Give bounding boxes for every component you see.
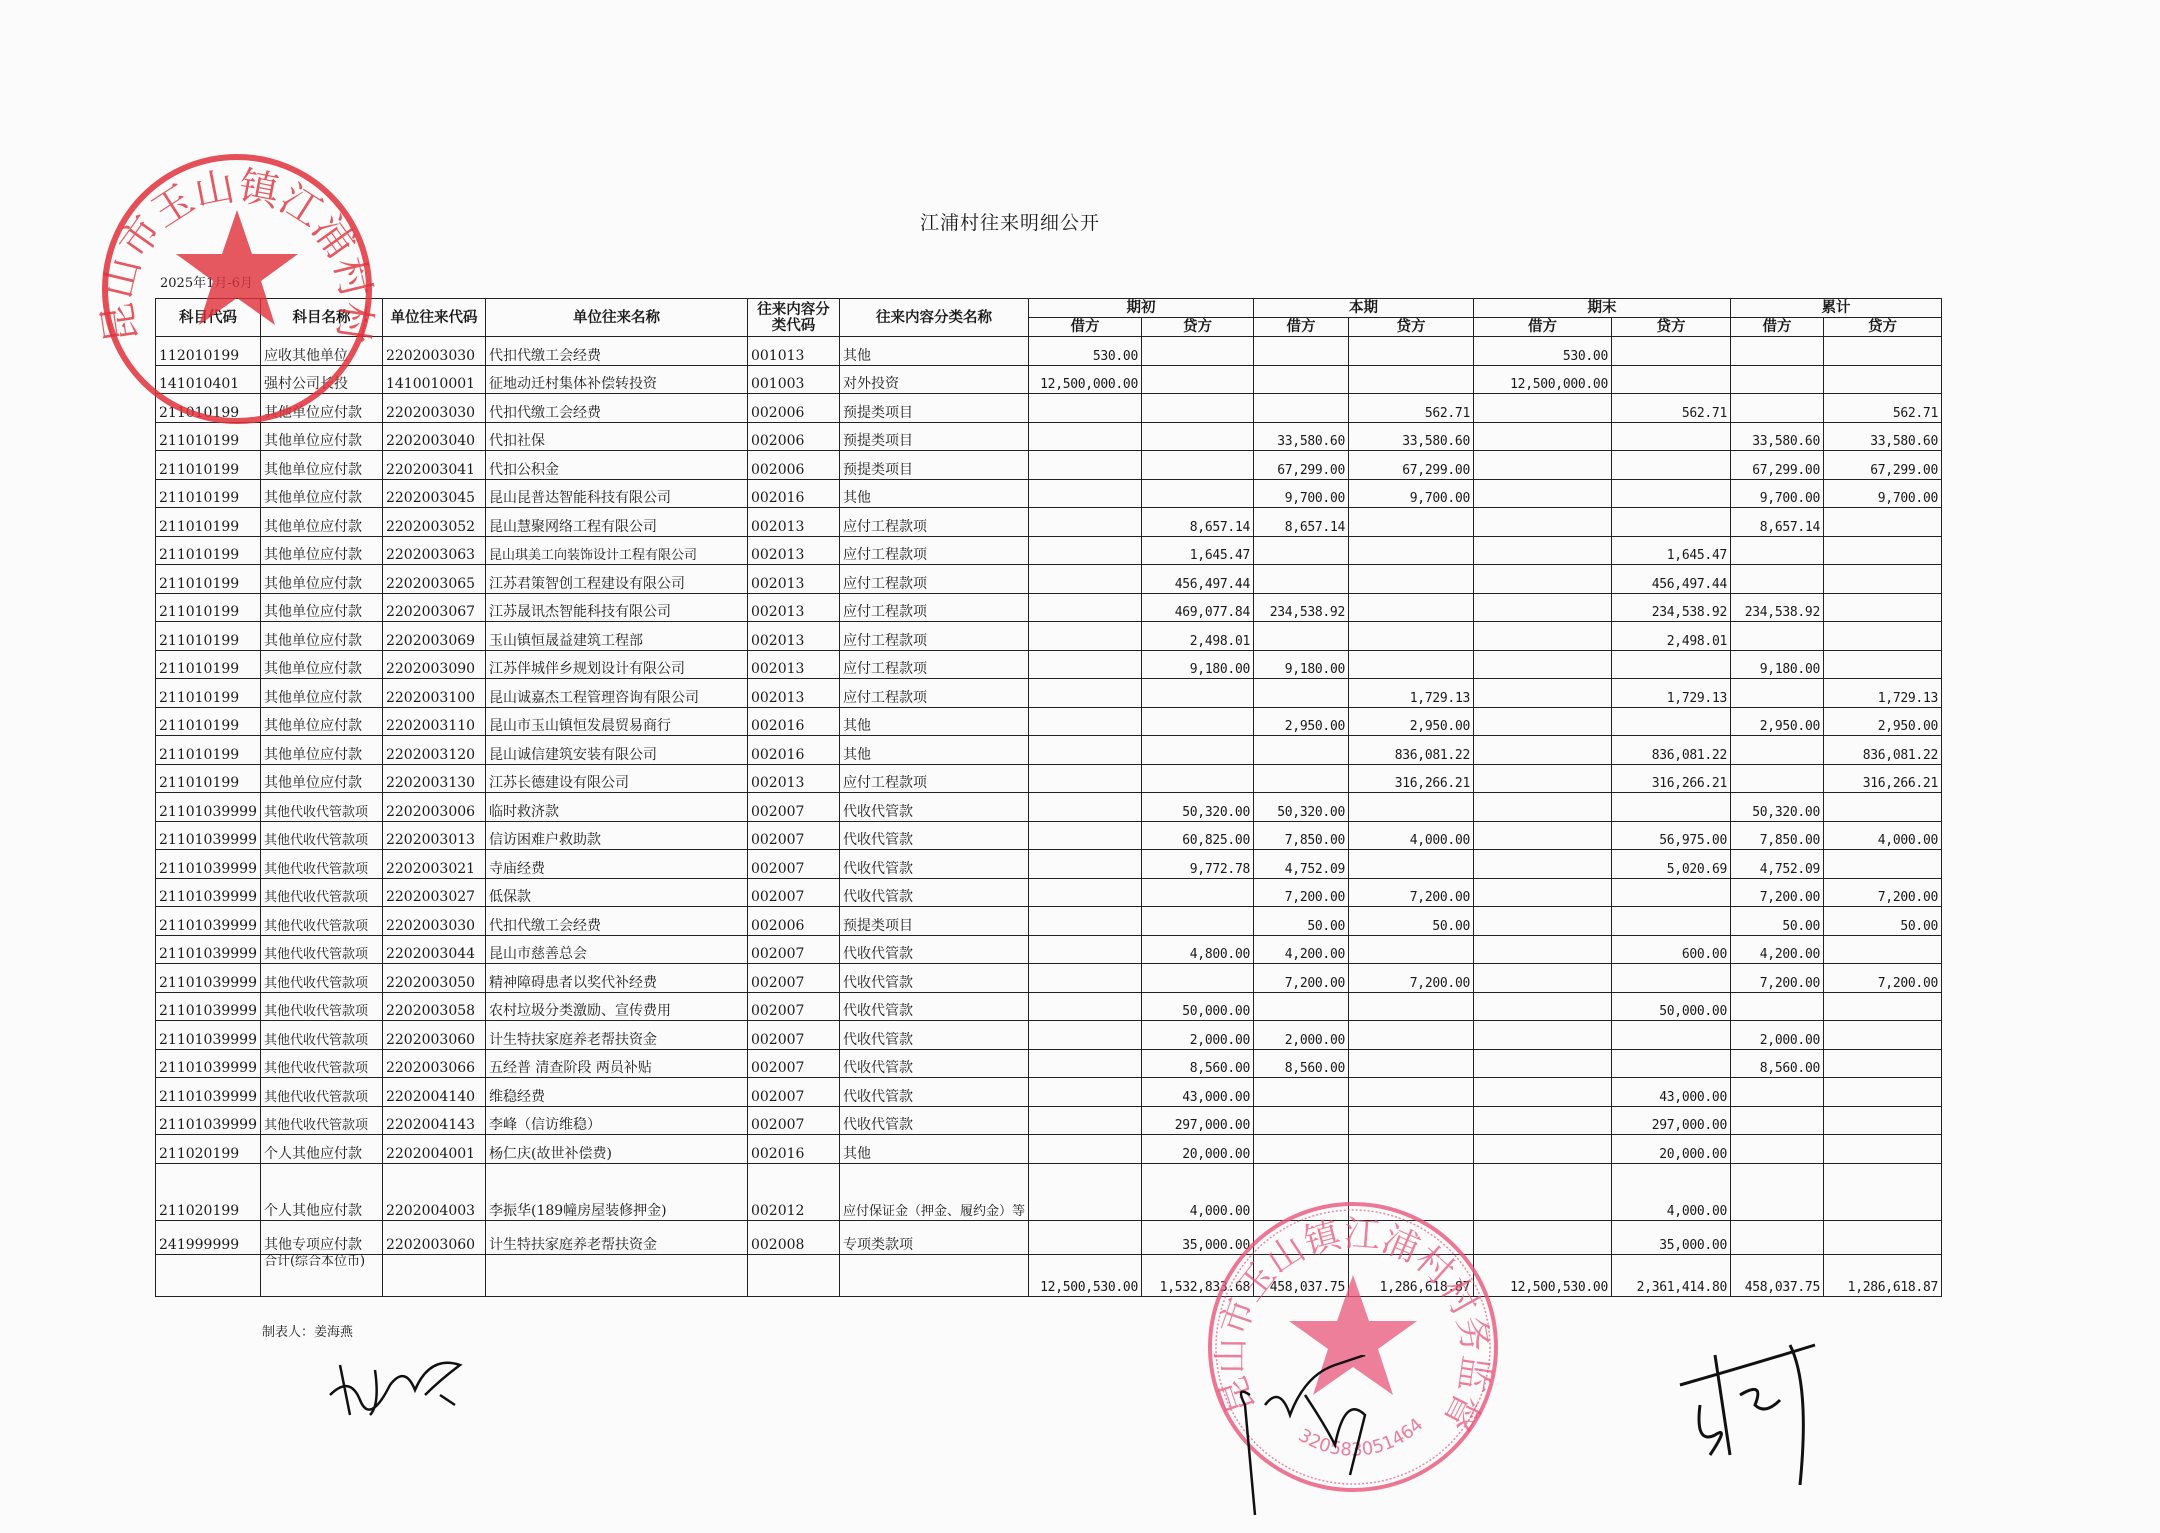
cell-current-debit: 50.00 [1254, 907, 1349, 936]
cell-open-debit [1029, 565, 1142, 594]
cell-current-credit [1349, 508, 1474, 537]
cell-category-code: 002016 [747, 736, 839, 765]
cell-current-debit [1254, 1135, 1349, 1164]
cell-subject-name: 其他代收代管款项 [260, 821, 382, 850]
cell-cumulative-credit [1824, 1021, 1942, 1050]
cell-current-credit [1349, 992, 1474, 1021]
cell-subject-code: 211010199 [156, 451, 261, 480]
cell-open-debit [1029, 1049, 1142, 1078]
cell-current-debit [1254, 394, 1349, 423]
cell-category-name: 应付工程款项 [839, 508, 1028, 537]
cell-category-code: 002007 [747, 850, 839, 879]
cell-unit-name: 昆山慧聚网络工程有限公司 [485, 508, 747, 537]
cell-cumulative-debit: 4,200.00 [1731, 935, 1824, 964]
cell-unit-code: 2202003069 [382, 622, 485, 651]
cell-subject-code: 112010199 [156, 337, 261, 366]
cell-current-credit [1349, 337, 1474, 366]
cell-category-name: 应付工程款项 [839, 536, 1028, 565]
header-group-current: 本期 [1254, 299, 1474, 318]
cell-cumulative-credit: 9,700.00 [1824, 479, 1942, 508]
cell-cumulative-credit: 2,950.00 [1824, 707, 1942, 736]
cell-subject-name: 其他单位应付款 [260, 422, 382, 451]
header-group-cumulative: 累计 [1731, 299, 1942, 318]
cell-current-debit: 4,752.09 [1254, 850, 1349, 879]
cell-subject-name: 其他代收代管款项 [260, 1106, 382, 1135]
cell-cumulative-debit: 50.00 [1731, 907, 1824, 936]
cell-category-code: 002006 [747, 422, 839, 451]
table-row: 21101039999其他代收代管款项2202003021寺庙经费002007代… [156, 850, 1942, 879]
cell-subject-code: 21101039999 [156, 907, 261, 936]
cell-current-debit [1254, 365, 1349, 394]
cell-current-credit [1349, 1135, 1474, 1164]
cell-current-credit: 316,266.21 [1349, 764, 1474, 793]
cell-current-credit: 836,081.22 [1349, 736, 1474, 765]
cell-open-credit [1142, 878, 1254, 907]
table-row: 211010199其他单位应付款2202003130江苏长德建设有限公司0020… [156, 764, 1942, 793]
cell-subject-name: 其他单位应付款 [260, 679, 382, 708]
cell-category-code: 002012 [747, 1163, 839, 1220]
cell-subject-code: 21101039999 [156, 1049, 261, 1078]
cell-cumulative-credit: 7,200.00 [1824, 964, 1942, 993]
total-empty [747, 1254, 839, 1296]
cell-category-code: 002013 [747, 622, 839, 651]
cell-subject-code: 141010401 [156, 365, 261, 394]
table-row: 241999999其他专项应付款2202003060计生特扶家庭养老帮扶资金00… [156, 1220, 1942, 1254]
cell-category-name: 代收代管款 [839, 1049, 1028, 1078]
cell-unit-name: 李峰（信访维稳） [485, 1106, 747, 1135]
cell-category-code: 002008 [747, 1220, 839, 1254]
table-row: 211010199其他单位应付款2202003045昆山昆普达智能科技有限公司0… [156, 479, 1942, 508]
page-title: 江浦村往来明细公开 [920, 208, 1100, 235]
cell-unit-code: 2202003130 [382, 764, 485, 793]
cell-open-debit [1029, 821, 1142, 850]
table-row: 211010199其他单位应付款2202003120昆山诚信建筑安装有限公司00… [156, 736, 1942, 765]
table-row: 21101039999其他代收代管款项2202003060计生特扶家庭养老帮扶资… [156, 1021, 1942, 1050]
cell-open-debit [1029, 1135, 1142, 1164]
cell-cumulative-credit [1824, 1220, 1942, 1254]
cell-closing-debit [1474, 1021, 1612, 1050]
cell-cumulative-debit: 7,200.00 [1731, 964, 1824, 993]
cell-category-code: 002007 [747, 1021, 839, 1050]
cell-closing-credit [1612, 479, 1731, 508]
cell-open-debit [1029, 1220, 1142, 1254]
header-subject-code: 科目代码 [156, 299, 261, 337]
cell-cumulative-debit [1731, 565, 1824, 594]
cell-cumulative-debit: 67,299.00 [1731, 451, 1824, 480]
cell-category-name: 预提类项目 [839, 907, 1028, 936]
cell-closing-credit: 836,081.22 [1612, 736, 1731, 765]
cell-open-credit [1142, 707, 1254, 736]
cell-open-debit [1029, 878, 1142, 907]
cell-category-name: 预提类项目 [839, 422, 1028, 451]
cell-current-credit: 2,950.00 [1349, 707, 1474, 736]
cell-subject-name: 个人其他应付款 [260, 1135, 382, 1164]
cell-subject-name: 其他单位应付款 [260, 650, 382, 679]
cell-closing-credit: 1,729.13 [1612, 679, 1731, 708]
cell-unit-code: 2202003090 [382, 650, 485, 679]
cell-category-code: 002007 [747, 964, 839, 993]
cell-current-credit [1349, 622, 1474, 651]
cell-open-credit: 8,560.00 [1142, 1049, 1254, 1078]
cell-category-name: 其他 [839, 736, 1028, 765]
cell-category-code: 002013 [747, 536, 839, 565]
cell-open-debit [1029, 1106, 1142, 1135]
cell-open-debit [1029, 451, 1142, 480]
cell-current-credit [1349, 1049, 1474, 1078]
table-row: 21101039999其他代收代管款项2202003050精神障碍患者以奖代补经… [156, 964, 1942, 993]
cell-unit-code: 2202003021 [382, 850, 485, 879]
cell-cumulative-credit [1824, 1135, 1942, 1164]
cell-unit-name: 江苏长德建设有限公司 [485, 764, 747, 793]
cell-cumulative-debit [1731, 679, 1824, 708]
cell-cumulative-debit [1731, 394, 1824, 423]
cell-subject-name: 其他单位应付款 [260, 394, 382, 423]
table-row: 211010199其他单位应付款2202003065江苏君策智创工程建设有限公司… [156, 565, 1942, 594]
cell-open-credit: 50,320.00 [1142, 793, 1254, 822]
cell-unit-name: 信访困难户救助款 [485, 821, 747, 850]
header-group-closing: 期末 [1474, 299, 1731, 318]
cell-category-name: 代收代管款 [839, 935, 1028, 964]
cell-open-credit: 35,000.00 [1142, 1220, 1254, 1254]
cell-unit-code: 2202003006 [382, 793, 485, 822]
cell-subject-code: 21101039999 [156, 793, 261, 822]
cell-closing-debit [1474, 736, 1612, 765]
cell-closing-debit [1474, 707, 1612, 736]
cell-current-debit [1254, 1163, 1349, 1220]
cell-category-name: 应付工程款项 [839, 622, 1028, 651]
cell-category-name: 应付工程款项 [839, 565, 1028, 594]
table-row: 211010199其他单位应付款2202003052昆山慧聚网络工程有限公司00… [156, 508, 1942, 537]
cell-closing-credit: 316,266.21 [1612, 764, 1731, 793]
cell-current-debit [1254, 679, 1349, 708]
cell-open-credit [1142, 679, 1254, 708]
cell-closing-debit [1474, 422, 1612, 451]
cell-unit-code: 2202003041 [382, 451, 485, 480]
cell-category-name: 代收代管款 [839, 964, 1028, 993]
cell-subject-code: 211010199 [156, 736, 261, 765]
cell-open-credit: 4,000.00 [1142, 1163, 1254, 1220]
cell-open-credit: 8,657.14 [1142, 508, 1254, 537]
cell-subject-code: 211010199 [156, 565, 261, 594]
cell-cumulative-credit [1824, 536, 1942, 565]
table-row: 211010199其他单位应付款2202003067江苏晟讯杰智能科技有限公司0… [156, 593, 1942, 622]
cell-unit-code: 2202004001 [382, 1135, 485, 1164]
cell-cumulative-credit [1824, 337, 1942, 366]
cell-subject-name: 其他单位应付款 [260, 622, 382, 651]
table-row: 112010199应收其他单位2202003030代扣代缴工会经费001013其… [156, 337, 1942, 366]
cell-cumulative-debit: 9,700.00 [1731, 479, 1824, 508]
cell-current-debit [1254, 622, 1349, 651]
cell-subject-code: 211020199 [156, 1163, 261, 1220]
cell-category-code: 002013 [747, 565, 839, 594]
cell-subject-name: 其他代收代管款项 [260, 992, 382, 1021]
cell-unit-name: 昆山诚信建筑安装有限公司 [485, 736, 747, 765]
cell-cumulative-debit [1731, 622, 1824, 651]
cell-cumulative-credit: 316,266.21 [1824, 764, 1942, 793]
cell-unit-name: 寺庙经费 [485, 850, 747, 879]
cell-closing-credit [1612, 508, 1731, 537]
cell-open-debit [1029, 479, 1142, 508]
cell-subject-name: 其他代收代管款项 [260, 1078, 382, 1107]
cell-category-code: 002013 [747, 508, 839, 537]
total-open-credit: 1,532,833.68 [1142, 1254, 1254, 1296]
header-category-code: 往来内容分类代码 [747, 299, 839, 337]
cell-closing-debit [1474, 821, 1612, 850]
cell-current-credit [1349, 565, 1474, 594]
cell-open-credit [1142, 736, 1254, 765]
cell-cumulative-credit [1824, 565, 1942, 594]
cell-closing-credit [1612, 1021, 1731, 1050]
cell-category-code: 002007 [747, 878, 839, 907]
table-row: 211010199其他单位应付款2202003100昆山诚嘉杰工程管理咨询有限公… [156, 679, 1942, 708]
cell-open-debit: 12,500,000.00 [1029, 365, 1142, 394]
cell-subject-code: 21101039999 [156, 850, 261, 879]
cell-current-debit: 50,320.00 [1254, 793, 1349, 822]
cell-category-name: 其他 [839, 707, 1028, 736]
cell-current-credit: 33,580.60 [1349, 422, 1474, 451]
cell-category-name: 其他 [839, 1135, 1028, 1164]
total-empty [485, 1254, 747, 1296]
cell-category-name: 代收代管款 [839, 793, 1028, 822]
cell-category-name: 应付工程款项 [839, 650, 1028, 679]
header-unit-code: 单位往来代码 [382, 299, 485, 337]
cell-current-credit [1349, 935, 1474, 964]
cell-cumulative-debit: 4,752.09 [1731, 850, 1824, 879]
cell-category-name: 代收代管款 [839, 850, 1028, 879]
cell-open-credit: 1,645.47 [1142, 536, 1254, 565]
cell-subject-code: 211010199 [156, 622, 261, 651]
cell-category-name: 代收代管款 [839, 1021, 1028, 1050]
cell-closing-credit [1612, 451, 1731, 480]
cell-closing-debit [1474, 992, 1612, 1021]
cell-unit-code: 2202003040 [382, 422, 485, 451]
cell-cumulative-credit [1824, 593, 1942, 622]
cell-cumulative-credit [1824, 365, 1942, 394]
cell-category-name: 其他 [839, 337, 1028, 366]
header-unit-name: 单位往来名称 [485, 299, 747, 337]
cell-current-debit: 9,700.00 [1254, 479, 1349, 508]
cell-open-debit [1029, 707, 1142, 736]
cell-open-credit: 50,000.00 [1142, 992, 1254, 1021]
cell-closing-debit [1474, 935, 1612, 964]
table-row: 211010199其他单位应付款2202003040代扣社保002006预提类项… [156, 422, 1942, 451]
cell-category-code: 002013 [747, 679, 839, 708]
cell-cumulative-credit [1824, 508, 1942, 537]
cell-unit-code: 2202003065 [382, 565, 485, 594]
center-signature-icon [1225, 1355, 1405, 1525]
cell-closing-debit [1474, 1220, 1612, 1254]
cell-current-credit: 7,200.00 [1349, 878, 1474, 907]
cell-closing-debit [1474, 1163, 1612, 1220]
cell-category-code: 002007 [747, 821, 839, 850]
cell-open-credit: 20,000.00 [1142, 1135, 1254, 1164]
table-row: 211010199其他单位应付款2202003030代扣代缴工会经费002006… [156, 394, 1942, 423]
cell-current-debit [1254, 992, 1349, 1021]
cell-subject-name: 其他单位应付款 [260, 508, 382, 537]
left-signature-icon [320, 1345, 470, 1425]
cell-category-name: 专项类款项 [839, 1220, 1028, 1254]
cell-category-name: 应付工程款项 [839, 764, 1028, 793]
cell-cumulative-credit: 1,729.13 [1824, 679, 1942, 708]
cell-unit-name: 代扣代缴工会经费 [485, 337, 747, 366]
cell-category-name: 代收代管款 [839, 1078, 1028, 1107]
cell-unit-name: 精神障碍患者以奖代补经费 [485, 964, 747, 993]
cell-closing-debit [1474, 1049, 1612, 1078]
cell-subject-code: 211010199 [156, 479, 261, 508]
total-current-debit: 458,037.75 [1254, 1254, 1349, 1296]
cell-unit-name: 昆山琪美工向装饰设计工程有限公司 [485, 536, 747, 565]
cell-subject-code: 21101039999 [156, 992, 261, 1021]
table-row: 21101039999其他代收代管款项2202003044昆山市慈善总会0020… [156, 935, 1942, 964]
cell-subject-code: 21101039999 [156, 964, 261, 993]
cell-current-credit [1349, 1163, 1474, 1220]
table-row: 21101039999其他代收代管款项2202003030代扣代缴工会经费002… [156, 907, 1942, 936]
total-cumulative-debit: 458,037.75 [1731, 1254, 1824, 1296]
table-row: 211010199其他单位应付款2202003110昆山市玉山镇恒发晨贸易商行0… [156, 707, 1942, 736]
cell-current-debit: 7,850.00 [1254, 821, 1349, 850]
cell-closing-credit [1612, 707, 1731, 736]
cell-category-name: 预提类项目 [839, 451, 1028, 480]
cell-closing-credit: 50,000.00 [1612, 992, 1731, 1021]
cell-cumulative-credit [1824, 1106, 1942, 1135]
table-row: 211010199其他单位应付款2202003090江苏伴城伴乡规划设计有限公司… [156, 650, 1942, 679]
cell-cumulative-debit: 8,657.14 [1731, 508, 1824, 537]
cell-closing-credit [1612, 337, 1731, 366]
cell-unit-name: 五经普 清查阶段 两员补贴 [485, 1049, 747, 1078]
cell-current-debit: 2,950.00 [1254, 707, 1349, 736]
cell-open-credit [1142, 479, 1254, 508]
cell-open-debit [1029, 964, 1142, 993]
cell-category-name: 对外投资 [839, 365, 1028, 394]
cell-cumulative-credit [1824, 1049, 1942, 1078]
cell-subject-code: 211010199 [156, 536, 261, 565]
cell-current-credit: 7,200.00 [1349, 964, 1474, 993]
total-open-debit: 12,500,530.00 [1029, 1254, 1142, 1296]
cell-cumulative-credit: 836,081.22 [1824, 736, 1942, 765]
cell-open-credit [1142, 422, 1254, 451]
cell-closing-credit [1612, 422, 1731, 451]
cell-closing-debit [1474, 1078, 1612, 1107]
cell-current-credit [1349, 1021, 1474, 1050]
cell-open-credit: 60,825.00 [1142, 821, 1254, 850]
cell-current-debit: 7,200.00 [1254, 964, 1349, 993]
cell-category-name: 应付工程款项 [839, 593, 1028, 622]
cell-category-code: 002013 [747, 593, 839, 622]
cell-current-debit [1254, 337, 1349, 366]
cell-cumulative-debit [1731, 365, 1824, 394]
cell-open-debit [1029, 394, 1142, 423]
cell-subject-code: 211010199 [156, 707, 261, 736]
cell-cumulative-credit: 67,299.00 [1824, 451, 1942, 480]
cell-closing-debit: 12,500,000.00 [1474, 365, 1612, 394]
header-debit: 借方 [1474, 318, 1612, 337]
cell-closing-credit [1612, 365, 1731, 394]
total-current-credit: 1,286,618.87 [1349, 1254, 1474, 1296]
cell-cumulative-debit [1731, 764, 1824, 793]
cell-closing-credit [1612, 650, 1731, 679]
cell-subject-code: 211010199 [156, 650, 261, 679]
header-category-name: 往来内容分类名称 [839, 299, 1028, 337]
cell-category-code: 001003 [747, 365, 839, 394]
cell-cumulative-credit: 50.00 [1824, 907, 1942, 936]
cell-open-debit [1029, 422, 1142, 451]
cell-unit-code: 2202003067 [382, 593, 485, 622]
cell-current-debit [1254, 565, 1349, 594]
cell-closing-debit [1474, 622, 1612, 651]
cell-unit-code: 2202003060 [382, 1220, 485, 1254]
cell-cumulative-debit [1731, 1078, 1824, 1107]
table-row: 21101039999其他代收代管款项2202003058农村垃圾分类激励、宣传… [156, 992, 1942, 1021]
cell-cumulative-credit [1824, 622, 1942, 651]
cell-current-credit [1349, 593, 1474, 622]
cell-category-code: 002013 [747, 650, 839, 679]
cell-open-debit [1029, 622, 1142, 651]
cell-cumulative-debit: 2,950.00 [1731, 707, 1824, 736]
cell-cumulative-debit: 2,000.00 [1731, 1021, 1824, 1050]
cell-category-name: 应付保证金（押金、履约金）等 [839, 1163, 1028, 1220]
table-row: 141010401强村公司长投1410010001征地动迁村集体补偿转投资001… [156, 365, 1942, 394]
cell-subject-code: 21101039999 [156, 878, 261, 907]
cell-unit-name: 江苏君策智创工程建设有限公司 [485, 565, 747, 594]
table-row: 211010199其他单位应付款2202003069玉山镇恒晟益建筑工程部002… [156, 622, 1942, 651]
cell-open-debit [1029, 650, 1142, 679]
header-debit: 借方 [1731, 318, 1824, 337]
header-debit: 借方 [1254, 318, 1349, 337]
cell-closing-credit: 4,000.00 [1612, 1163, 1731, 1220]
cell-cumulative-debit [1731, 1163, 1824, 1220]
header-credit: 贷方 [1824, 318, 1942, 337]
cell-category-code: 002006 [747, 451, 839, 480]
cell-subject-name: 其他单位应付款 [260, 707, 382, 736]
cell-unit-name: 农村垃圾分类激励、宣传费用 [485, 992, 747, 1021]
cell-closing-credit: 20,000.00 [1612, 1135, 1731, 1164]
cell-closing-debit [1474, 907, 1612, 936]
cell-closing-debit [1474, 394, 1612, 423]
cell-open-credit [1142, 365, 1254, 394]
cell-open-debit [1029, 679, 1142, 708]
cell-subject-name: 其他单位应付款 [260, 736, 382, 765]
cell-unit-name: 代扣公积金 [485, 451, 747, 480]
cell-current-debit [1254, 1106, 1349, 1135]
cell-subject-code: 21101039999 [156, 821, 261, 850]
cell-unit-name: 江苏伴城伴乡规划设计有限公司 [485, 650, 747, 679]
cell-subject-name: 其他代收代管款项 [260, 793, 382, 822]
cell-closing-credit [1612, 907, 1731, 936]
cell-cumulative-debit: 7,850.00 [1731, 821, 1824, 850]
cell-cumulative-credit [1824, 850, 1942, 879]
cell-cumulative-credit [1824, 992, 1942, 1021]
cell-cumulative-debit [1731, 736, 1824, 765]
cell-open-debit [1029, 1021, 1142, 1050]
cell-current-credit [1349, 650, 1474, 679]
cell-subject-name: 其他单位应付款 [260, 451, 382, 480]
cell-unit-code: 2202003060 [382, 1021, 485, 1050]
cell-open-debit [1029, 508, 1142, 537]
cell-current-debit: 2,000.00 [1254, 1021, 1349, 1050]
cell-unit-code: 2202003052 [382, 508, 485, 537]
cell-cumulative-credit: 33,580.60 [1824, 422, 1942, 451]
cell-category-name: 代收代管款 [839, 1106, 1028, 1135]
cell-cumulative-debit [1731, 1220, 1824, 1254]
cell-current-credit: 67,299.00 [1349, 451, 1474, 480]
cell-unit-name: 低保款 [485, 878, 747, 907]
cell-unit-name: 江苏晟讯杰智能科技有限公司 [485, 593, 747, 622]
cell-open-credit [1142, 907, 1254, 936]
cell-closing-credit [1612, 878, 1731, 907]
cell-category-code: 002007 [747, 935, 839, 964]
cell-unit-name: 临时救济款 [485, 793, 747, 822]
cell-current-credit: 562.71 [1349, 394, 1474, 423]
